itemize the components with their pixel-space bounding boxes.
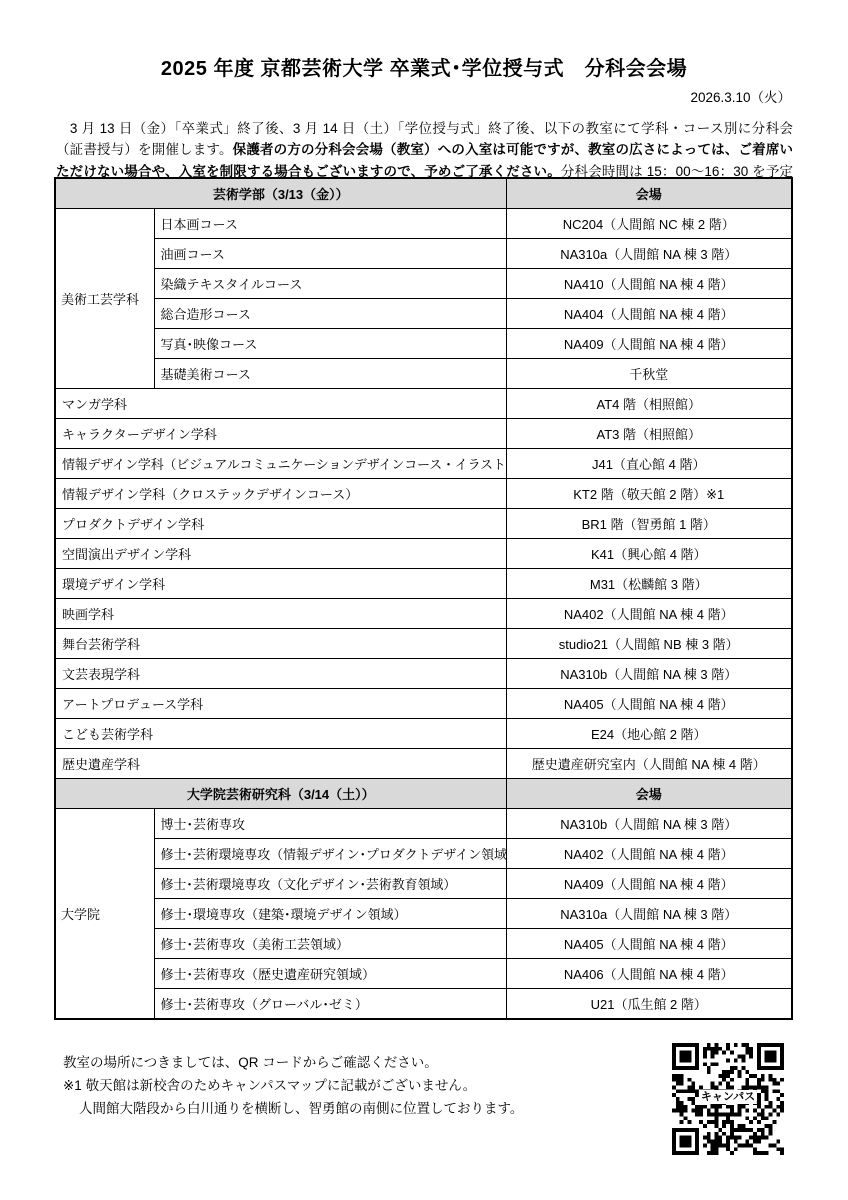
department-cell: プロダクトデザイン学科 [55,509,506,539]
venue-cell: 歴史遺産研究室内（人間館 NA 棟 4 階） [506,749,792,779]
footnotes: 教室の場所につきましては、QR コードからご確認ください。 ※1 敬天館は新校舎… [63,1052,523,1121]
venue-cell: NA310b（人間館 NA 棟 3 階） [506,659,792,689]
table-row: マンガ学科AT4 階（相照館） [55,389,792,419]
table-row: 染織テキスタイルコースNA410（人間館 NA 棟 4 階） [55,269,792,299]
department-cell: 歴史遺産学科 [55,749,506,779]
venue-table-body: 芸術学部（3/13（金））会場美術工芸学科日本画コースNC204（人間館 NC … [55,178,792,1019]
venue-cell: NA406（人間館 NA 棟 4 階） [506,959,792,989]
table-row: 修士･芸術専攻（歴史遺産研究領域）NA406（人間館 NA 棟 4 階） [55,959,792,989]
department-cell: アートプロデュース学科 [55,689,506,719]
department-cell: キャラクターデザイン学科 [55,419,506,449]
course-cell: 基礎美術コース [154,359,506,389]
table-row: 空間演出デザイン学科K41（興心館 4 階） [55,539,792,569]
venue-cell: NA409（人間館 NA 棟 4 階） [506,329,792,359]
venue-cell: NA404（人間館 NA 棟 4 階） [506,299,792,329]
course-cell: 修士･芸術専攻（グローバル･ゼミ） [154,989,506,1020]
document-date: 2026.3.10（火） [690,86,791,106]
table-row: 修士･芸術環境専攻（情報デザイン･プロダクトデザイン領域）NA402（人間館 N… [55,839,792,869]
table-row: 美術工芸学科日本画コースNC204（人間館 NC 棟 2 階） [55,209,792,239]
course-cell: 日本画コース [154,209,506,239]
section-header-row: 芸術学部（3/13（金））会場 [55,178,792,209]
table-row: 情報デザイン学科（ビジュアルコミュニケーションデザインコース・イラストレーション… [55,449,792,479]
venue-cell: J41（直心館 4 階） [506,449,792,479]
course-cell: 博士･芸術専攻 [154,809,506,839]
qr-code: キャンパス [672,1043,784,1155]
course-cell: 修士･環境専攻（建築･環境デザイン領域） [154,899,506,929]
venue-cell: KT2 階（敬天館 2 階）※1 [506,479,792,509]
table-row: 大学院博士･芸術専攻NA310b（人間館 NA 棟 3 階） [55,809,792,839]
department-cell: 情報デザイン学科（ビジュアルコミュニケーションデザインコース・イラストレーション… [55,449,506,479]
table-row: 情報デザイン学科（クロステックデザインコース）KT2 階（敬天館 2 階）※1 [55,479,792,509]
table-row: 修士･芸術環境専攻（文化デザイン･芸術教育領域）NA409（人間館 NA 棟 4… [55,869,792,899]
venue-cell: AT3 階（相照館） [506,419,792,449]
table-row: プロダクトデザイン学科BR1 階（智勇館 1 階） [55,509,792,539]
qr-code-label: キャンパス [699,1090,757,1104]
table-row: 文芸表現学科NA310b（人間館 NA 棟 3 階） [55,659,792,689]
department-cell: 舞台芸術学科 [55,629,506,659]
course-cell: 修士･芸術専攻（歴史遺産研究領域） [154,959,506,989]
venue-cell: U21（瓜生館 2 階） [506,989,792,1020]
course-cell: 修士･芸術環境専攻（文化デザイン･芸術教育領域） [154,869,506,899]
department-cell: 映画学科 [55,599,506,629]
venue-cell: NA410（人間館 NA 棟 4 階） [506,269,792,299]
venue-cell: studio21（人間館 NB 棟 3 階） [506,629,792,659]
venue-cell: NA402（人間館 NA 棟 4 階） [506,599,792,629]
venue-cell: NA405（人間館 NA 棟 4 階） [506,689,792,719]
table-row: 環境デザイン学科M31（松麟館 3 階） [55,569,792,599]
section-title-cell: 大学院芸術研究科（3/14（土）） [55,779,506,809]
table-row: アートプロデュース学科NA405（人間館 NA 棟 4 階） [55,689,792,719]
table-row: 舞台芸術学科studio21（人間館 NB 棟 3 階） [55,629,792,659]
table-row: 修士･芸術専攻（美術工芸領域）NA405（人間館 NA 棟 4 階） [55,929,792,959]
venue-header-cell: 会場 [506,779,792,809]
course-cell: 染織テキスタイルコース [154,269,506,299]
venue-cell: NA310a（人間館 NA 棟 3 階） [506,899,792,929]
venue-cell: NA310a（人間館 NA 棟 3 階） [506,239,792,269]
section-title-cell: 芸術学部（3/13（金）） [55,178,506,209]
course-cell: 総合造形コース [154,299,506,329]
table-row: 歴史遺産学科歴史遺産研究室内（人間館 NA 棟 4 階） [55,749,792,779]
department-cell: 空間演出デザイン学科 [55,539,506,569]
document-page: 2025 年度 京都芸術大学 卒業式･学位授与式 分科会会場 2026.3.10… [0,0,848,1200]
venue-cell: 千秋堂 [506,359,792,389]
department-cell: マンガ学科 [55,389,506,419]
venue-cell: K41（興心館 4 階） [506,539,792,569]
note-keitenkan: ※1 敬天館は新校舎のためキャンパスマップに記載がございません。 [63,1075,523,1098]
course-cell: 修士･芸術環境専攻（情報デザイン･プロダクトデザイン領域） [154,839,506,869]
venue-header-cell: 会場 [506,178,792,209]
course-cell: 修士･芸術専攻（美術工芸領域） [154,929,506,959]
table-row: 基礎美術コース千秋堂 [55,359,792,389]
table-row: 修士･環境専攻（建築･環境デザイン領域）NA310a（人間館 NA 棟 3 階） [55,899,792,929]
venue-cell: BR1 階（智勇館 1 階） [506,509,792,539]
venue-cell: AT4 階（相照館） [506,389,792,419]
department-group-cell: 美術工芸学科 [55,209,154,389]
table-row: 映画学科NA402（人間館 NA 棟 4 階） [55,599,792,629]
course-cell: 油画コース [154,239,506,269]
table-row: 修士･芸術専攻（グローバル･ゼミ）U21（瓜生館 2 階） [55,989,792,1020]
venue-cell: E24（地心館 2 階） [506,719,792,749]
venue-cell: NA409（人間館 NA 棟 4 階） [506,869,792,899]
note-directions: 人間館大階段から白川通りを横断し、智勇館の南側に位置しております。 [63,1098,523,1121]
table-row: 油画コースNA310a（人間館 NA 棟 3 階） [55,239,792,269]
table-row: 総合造形コースNA404（人間館 NA 棟 4 階） [55,299,792,329]
table-row: キャラクターデザイン学科AT3 階（相照館） [55,419,792,449]
section-header-row: 大学院芸術研究科（3/14（土））会場 [55,779,792,809]
table-row: 写真･映像コースNA409（人間館 NA 棟 4 階） [55,329,792,359]
page-title: 2025 年度 京都芸術大学 卒業式･学位授与式 分科会会場 [0,52,848,81]
venue-cell: M31（松麟館 3 階） [506,569,792,599]
venue-cell: NC204（人間館 NC 棟 2 階） [506,209,792,239]
department-cell: 情報デザイン学科（クロステックデザインコース） [55,479,506,509]
table-row: こども芸術学科E24（地心館 2 階） [55,719,792,749]
venue-table: 芸術学部（3/13（金））会場美術工芸学科日本画コースNC204（人間館 NC … [54,177,793,1020]
department-cell: 文芸表現学科 [55,659,506,689]
course-cell: 写真･映像コース [154,329,506,359]
department-group-cell: 大学院 [55,809,154,1020]
department-cell: こども芸術学科 [55,719,506,749]
note-qr: 教室の場所につきましては、QR コードからご確認ください。 [63,1052,523,1075]
venue-cell: NA310b（人間館 NA 棟 3 階） [506,809,792,839]
venue-cell: NA402（人間館 NA 棟 4 階） [506,839,792,869]
department-cell: 環境デザイン学科 [55,569,506,599]
venue-cell: NA405（人間館 NA 棟 4 階） [506,929,792,959]
